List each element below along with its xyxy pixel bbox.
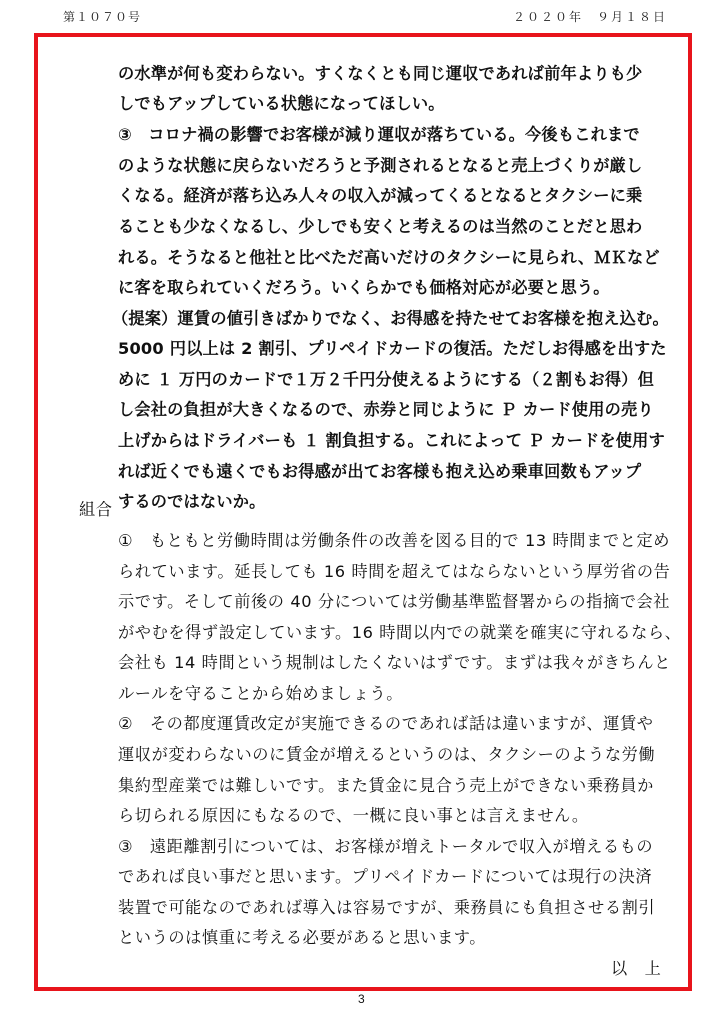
company-line: くなる。経済が落ち込み人々の収入が減ってくるとなるとタクシーに乗 bbox=[118, 186, 642, 206]
company-line: しでもアップしている状態になってほしい。 bbox=[118, 94, 445, 114]
union-line: ① もともと労働時間は労働条件の改善を図る目的で 13 時間までと定め bbox=[118, 531, 670, 551]
issue-number: 第１０７０号 bbox=[63, 8, 141, 25]
union-line: 会社も 14 時間という規制はしたくないはずです。まずは我々がきちんと bbox=[118, 653, 671, 673]
company-line: ることも少なくなるし、少しでも安くと考えるのは当然のことだと思わ bbox=[118, 217, 642, 237]
company-line: に客を取られていくだろう。いくらかでも価格対応が必要と思う。 bbox=[118, 278, 610, 298]
company-line: れば近くでも遠くでもお得感が出てお客様も抱え込め乗車回数もアップ bbox=[118, 462, 641, 482]
union-line: 運収が変わらないのに賃金が増えるというのは、タクシーのような労働 bbox=[118, 745, 655, 765]
company-line: のような状態に戻らないだろうと予測されるとなると売上づくりが厳し bbox=[118, 156, 642, 176]
issue-date: ２０２０年 ９月１８日 bbox=[513, 8, 667, 25]
company-line: れる。そうなると他社と比べただ高いだけのタクシーに見られ、ＭＫなど bbox=[118, 248, 660, 268]
union-line: ② その都度運賃改定が実施できるのであれば話は違いますが、運賃や bbox=[118, 714, 654, 734]
union-line: ルールを守ることから始めましょう。 bbox=[118, 684, 403, 704]
company-line: 上げからはドライバーも １ 割負担する。これによって Ｐ カードを使用す bbox=[118, 431, 665, 451]
union-line: られています。延長しても 16 時間を超えてはならないという厚労省の告 bbox=[118, 562, 670, 582]
union-line: 装置で可能なのであれば導入は容易ですが、乗務員にも負担させる割引 bbox=[118, 898, 655, 918]
company-line: の水準が何も変わらない。すくなくとも同じ運収であれば前年よりも少 bbox=[118, 64, 642, 84]
page-number: 3 bbox=[358, 992, 365, 1006]
union-line: ③ 遠距離割引については、お客様が増えトータルで収入が増えるもの bbox=[118, 837, 653, 857]
union-line: 集約型産業では難しいです。また賃金に見合う売上ができない乗務員か bbox=[118, 776, 654, 796]
company-line: めに １ 万円のカードで１万２千円分使えるようにする（２割もお得）但 bbox=[118, 370, 654, 390]
union-line: というのは慎重に考える必要があると思います。 bbox=[118, 928, 486, 948]
union-line: であれば良い事だと思います。プリペイドカードについては現行の決済 bbox=[118, 867, 652, 887]
union-line: がやむを得ず設定しています。16 時間以内での就業を確実に守れるなら、 bbox=[118, 623, 681, 643]
union-heading: 組合 bbox=[79, 500, 113, 520]
union-line: 示です。そして前後の 40 分については労働基準監督署からの指摘で会社 bbox=[118, 592, 670, 612]
company-proposal-line: （提案）運賃の値引きばかりでなく、お得感を持たせてお客様を抱え込む。 bbox=[112, 309, 669, 329]
company-line: し会社の負担が大きくなるので、赤券と同じように Ｐ カード使用の売り bbox=[118, 400, 654, 420]
company-line: 5000 円以上は 2 割引、プリペイドカードの復活。ただしお得感を出すた bbox=[118, 339, 667, 359]
company-line: ③ コロナ禍の影響でお客様が減り運収が落ちている。今後もこれまで bbox=[118, 125, 640, 145]
closing-text: 以 上 bbox=[611, 959, 661, 979]
company-line: するのではないか。 bbox=[118, 492, 266, 512]
union-line: ら切られる原因にもなるので、一概に良い事とは言えません。 bbox=[118, 806, 589, 826]
